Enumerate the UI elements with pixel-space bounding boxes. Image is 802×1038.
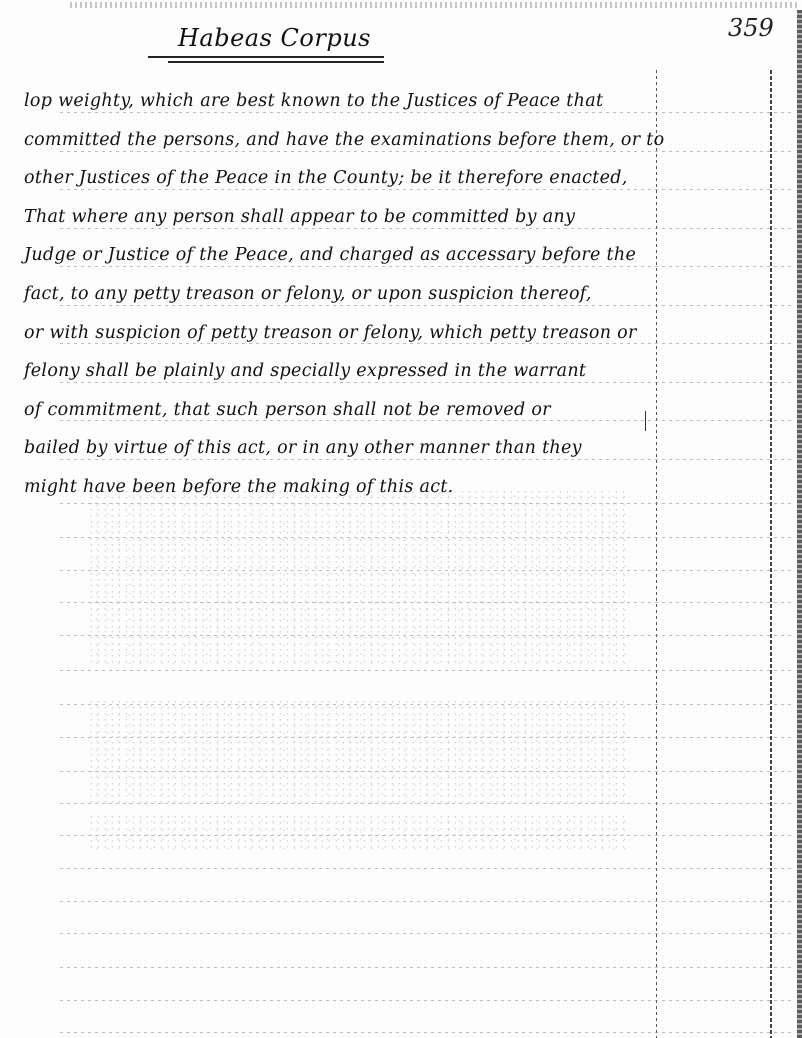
scan-speckle [90,595,630,629]
scan-speckle [90,700,630,734]
scan-speckle [90,815,630,849]
scan-speckle [90,735,630,769]
ruled-line [60,1000,794,1001]
scan-speckle [90,630,630,664]
ruled-line [60,967,794,968]
page-edge [797,10,802,1038]
scan-speckle [90,525,630,559]
ruled-line [60,670,794,671]
text-line: Judge or Justice of the Peace, and charg… [24,236,664,275]
ruled-line [60,933,794,934]
handwritten-body: lop weighty, which are best known to the… [24,82,664,507]
scan-speckle [90,770,630,804]
text-line: fact, to any petty treason or felony, or… [24,275,664,314]
text-line: lop weighty, which are best known to the… [24,82,664,121]
text-line: or with suspicion of petty treason or fe… [24,314,664,353]
page-number: 359 [728,14,774,42]
text-line: felony shall be plainly and specially ex… [24,352,664,391]
page-title: Habeas Corpus [178,24,371,52]
title-underline [148,56,384,58]
text-line: of commitment, that such person shall no… [24,391,664,430]
ruled-line [60,1032,794,1033]
ruled-line [60,868,794,869]
ruled-line [60,901,794,902]
text-line: bailed by virtue of this act, or in any … [24,429,664,468]
title-underline-second [168,61,384,63]
text-line: might have been before the making of thi… [24,468,664,507]
margin-rule-right [770,70,772,1038]
text-line: That where any person shall appear to be… [24,198,664,237]
scan-edge-noise [70,2,800,8]
text-line: committed the persons, and have the exam… [24,121,664,160]
ledger-page: Habeas Corpus 359 lop weighty, which are… [0,0,802,1038]
scan-speckle [90,560,630,594]
text-line: other Justices of the Peace in the Count… [24,159,664,198]
ink-mark [645,411,646,431]
